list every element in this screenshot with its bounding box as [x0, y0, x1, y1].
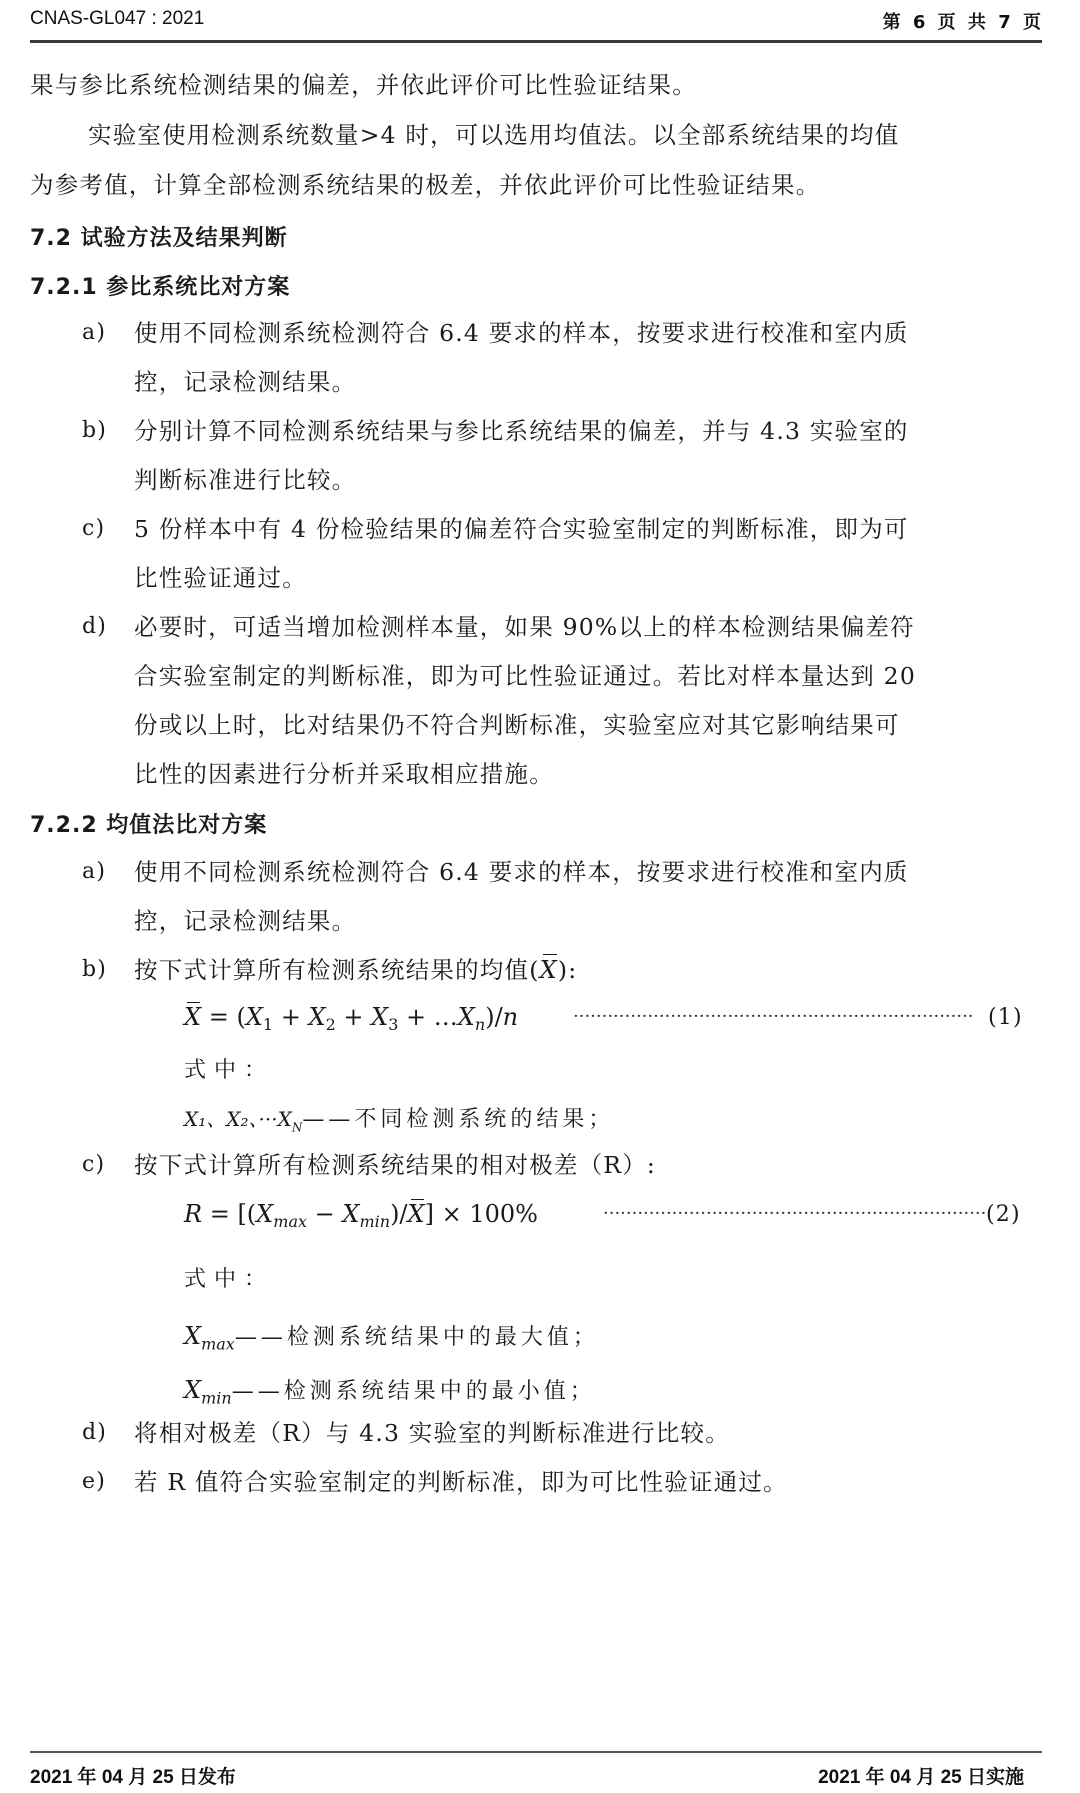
list-item-line: 必要时，可适当增加检测样本量，如果 90%以上的样本检测结果偏差符	[134, 612, 915, 642]
list-item-line: 合实验室制定的判断标准，即为可比性验证通过。若比对样本量达到 20	[134, 661, 916, 691]
continuation-text: 果与参比系统检测结果的偏差，并依此评价可比性验证结果。	[30, 70, 697, 100]
list-item-text: ):	[558, 956, 578, 984]
variable-definition: X₁、X₂、···XN——不同检测系统的结果；	[184, 1102, 614, 1134]
where-label: 式中：	[184, 1262, 274, 1293]
list-item-text: 按下式计算所有检测系统结果的均值(	[134, 956, 540, 984]
equation-number-2: (2)	[986, 1200, 1021, 1230]
footer-rule	[30, 1751, 1042, 1753]
formula-var: X	[342, 1200, 359, 1228]
formula-op: +	[398, 1003, 433, 1031]
formula-var: n	[503, 1003, 518, 1031]
list-item-line: 控，记录检测结果。	[134, 906, 356, 936]
formula-op: +	[273, 1003, 308, 1031]
list-marker: a)	[82, 318, 106, 348]
list-item-line: 若 R 值符合实验室制定的判断标准，即为可比性验证通过。	[134, 1467, 788, 1497]
def-sub: max	[201, 1334, 235, 1353]
formula-xbar: X	[408, 1200, 425, 1228]
def-text: ——不同检测系统的结果；	[302, 1107, 614, 1132]
list-marker: e)	[82, 1467, 106, 1497]
formula-op: −	[307, 1200, 342, 1228]
formula-var: X	[371, 1003, 388, 1031]
list-item-line: 将相对极差（R）与 4.3 实验室的判断标准进行比较。	[134, 1418, 730, 1448]
formula-ellipsis: …	[434, 1003, 458, 1031]
list-marker: c)	[82, 1150, 105, 1180]
list-item-line: 份或以上时，比对结果仍不符合判断标准，实验室应对其它影响结果可	[134, 710, 900, 740]
document-code: CNAS-GL047 : 2021	[30, 8, 204, 30]
list-item-line: 分别计算不同检测系统结果与参比系统结果的偏差，并与 4.3 实验室的	[134, 416, 909, 446]
variable-definition-max: Xmax——检测系统结果中的最大值；	[184, 1320, 599, 1353]
formula-var: X	[458, 1003, 475, 1031]
list-item-line: 判断标准进行比较。	[134, 465, 356, 495]
def-sub: min	[201, 1388, 232, 1407]
list-marker: d)	[82, 612, 107, 642]
list-item-line: 控，记录检测结果。	[134, 367, 356, 397]
section-heading-7-2-1: 7.2.1 参比系统比对方案	[30, 270, 290, 301]
x-bar-symbol: X	[540, 955, 558, 985]
formula-sub: 2	[326, 1015, 336, 1034]
leader-dots: ········································…	[573, 1006, 973, 1027]
paragraph-line: 实验室使用检测系统数量>4 时，可以选用均值法。以全部系统结果的均值	[88, 120, 899, 150]
formula-op: )/	[390, 1200, 407, 1228]
formula-lhs: X	[184, 1003, 201, 1031]
list-item-line: 使用不同检测系统检测符合 6.4 要求的样本，按要求进行校准和室内质	[134, 318, 909, 348]
page-info: 第 6 页 共 7 页	[883, 8, 1044, 34]
formula-sub: min	[359, 1212, 390, 1231]
def-var: X	[184, 1376, 201, 1404]
where-label: 式中：	[184, 1053, 274, 1084]
formula-sub: 1	[263, 1015, 273, 1034]
formula-eq: = [(	[202, 1200, 256, 1228]
def-text: ——检测系统结果中的最小值；	[232, 1379, 596, 1404]
formula-eq: = (	[201, 1003, 246, 1031]
formula-op: +	[336, 1003, 371, 1031]
publish-date: 2021 年 04 月 25 日发布	[30, 1762, 236, 1789]
formula-op: )/	[485, 1003, 502, 1031]
variable-definition-min: Xmin——检测系统结果中的最小值；	[184, 1374, 596, 1407]
header-rule	[30, 40, 1042, 43]
list-item-line: 按下式计算所有检测系统结果的相对极差（R）:	[134, 1150, 656, 1180]
list-marker: b)	[82, 416, 107, 446]
list-marker: b)	[82, 955, 107, 985]
formula-lhs: R	[184, 1200, 202, 1228]
def-var: X	[184, 1322, 201, 1350]
list-item-line: 按下式计算所有检测系统结果的均值(X):	[134, 955, 577, 985]
list-marker: a)	[82, 857, 106, 887]
section-heading-7-2: 7.2 试验方法及结果判断	[30, 221, 288, 252]
formula-var: X	[246, 1003, 263, 1031]
list-marker: c)	[82, 514, 105, 544]
list-marker: d)	[82, 1418, 107, 1448]
def-text: ——检测系统结果中的最大值；	[235, 1325, 599, 1350]
formula-op: ] × 100%	[425, 1200, 538, 1228]
section-heading-7-2-2: 7.2.2 均值法比对方案	[30, 808, 267, 839]
formula-sub: 3	[388, 1015, 398, 1034]
formula-sub: n	[475, 1015, 485, 1034]
equation-number-1: (1)	[988, 1003, 1023, 1033]
formula-var: X	[256, 1200, 273, 1228]
def-symbols: X₁、X₂、···X	[184, 1107, 292, 1131]
leader-dots: ········································…	[603, 1203, 988, 1224]
paragraph-line: 为参考值，计算全部检测系统结果的极差，并依此评价可比性验证结果。	[30, 170, 820, 200]
effective-date: 2021 年 04 月 25 日实施	[818, 1762, 1024, 1789]
def-sub: N	[292, 1120, 303, 1134]
formula-var: X	[308, 1003, 325, 1031]
formula-sub: max	[273, 1212, 307, 1231]
list-item-line: 使用不同检测系统检测符合 6.4 要求的样本，按要求进行校准和室内质	[134, 857, 909, 887]
list-item-line: 比性验证通过。	[134, 563, 307, 593]
list-item-line: 比性的因素进行分析并采取相应措施。	[134, 759, 554, 789]
list-item-line: 5 份样本中有 4 份检验结果的偏差符合实验室制定的判断标准，即为可	[134, 514, 909, 544]
formula-range: R = [(Xmax − Xmin)/X] × 100%	[184, 1200, 538, 1231]
